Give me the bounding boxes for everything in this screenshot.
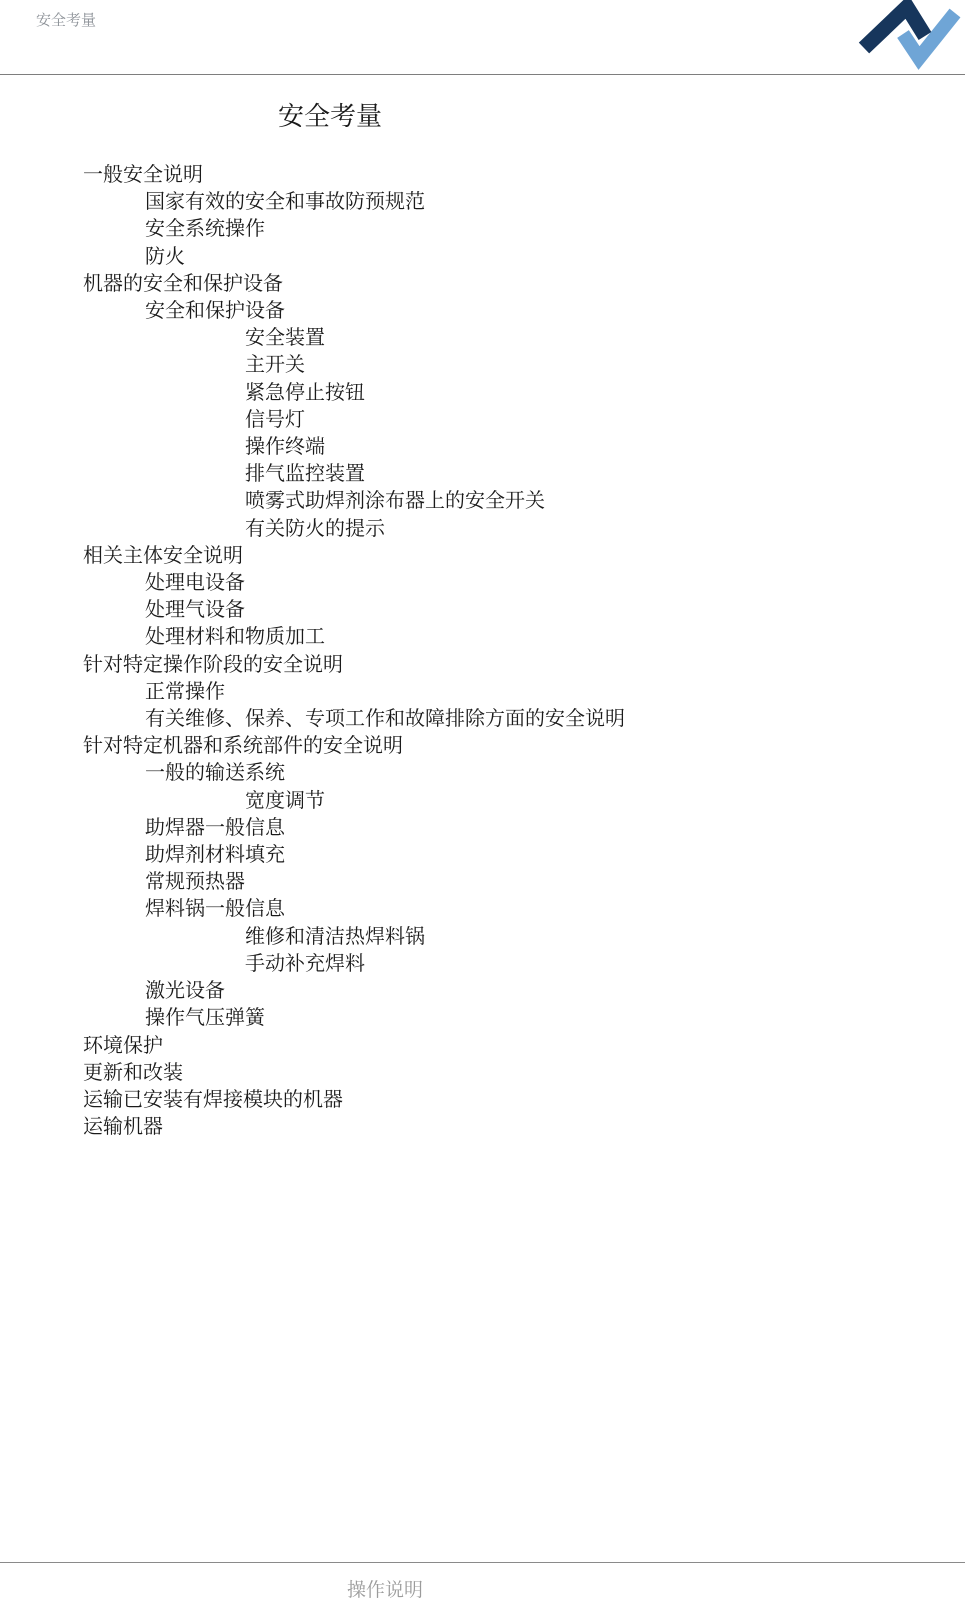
toc-item: 有关防火的提示	[0, 515, 965, 542]
toc-item: 有关维修、保养、专项工作和故障排除方面的安全说明	[0, 705, 965, 732]
company-logo	[833, 0, 965, 75]
toc-item: 防火	[0, 243, 965, 270]
toc-item: 安全装置	[0, 324, 965, 351]
toc-item: 常规预热器	[0, 868, 965, 895]
footer-title: 操作说明	[347, 1578, 423, 1602]
toc-item: 针对特定机器和系统部件的安全说明	[0, 732, 965, 759]
toc-item: 助焊器一般信息	[0, 814, 965, 841]
toc-item: 紧急停止按钮	[0, 379, 965, 406]
page-title: 安全考量	[278, 100, 382, 134]
toc-item: 一般安全说明	[0, 161, 965, 188]
toc-item: 宽度调节	[0, 787, 965, 814]
toc-item: 相关主体安全说明	[0, 542, 965, 569]
toc-item: 针对特定操作阶段的安全说明	[0, 651, 965, 678]
document-page: 安全考量 安全考量 一般安全说明国家有效的安全和事故防预规范安全系统操作防火机器…	[0, 0, 965, 1607]
toc-item: 安全系统操作	[0, 215, 965, 242]
toc-item: 处理气设备	[0, 596, 965, 623]
toc-item: 操作终端	[0, 433, 965, 460]
toc-item: 助焊剂材料填充	[0, 841, 965, 868]
toc-item: 信号灯	[0, 406, 965, 433]
toc-item: 一般的输送系统	[0, 759, 965, 786]
toc-item: 机器的安全和保护设备	[0, 270, 965, 297]
toc-item: 排气监控装置	[0, 460, 965, 487]
toc-item: 焊料锅一般信息	[0, 895, 965, 922]
toc-item: 处理电设备	[0, 569, 965, 596]
toc-item: 运输机器	[0, 1113, 965, 1140]
toc-list: 一般安全说明国家有效的安全和事故防预规范安全系统操作防火机器的安全和保护设备安全…	[0, 161, 965, 1140]
toc-item: 手动补充焊料	[0, 950, 965, 977]
toc-item: 主开关	[0, 351, 965, 378]
toc-item: 国家有效的安全和事故防预规范	[0, 188, 965, 215]
toc-item: 安全和保护设备	[0, 297, 965, 324]
toc-item: 更新和改装	[0, 1059, 965, 1086]
toc-item: 操作气压弹簧	[0, 1004, 965, 1031]
header-divider	[0, 74, 965, 75]
toc-item: 喷雾式助焊剂涂布器上的安全开关	[0, 487, 965, 514]
toc-item: 激光设备	[0, 977, 965, 1004]
toc-item: 运输已安装有焊接模块的机器	[0, 1086, 965, 1113]
footer-divider	[0, 1562, 965, 1563]
toc-item: 正常操作	[0, 678, 965, 705]
running-header-title: 安全考量	[36, 10, 96, 30]
toc-item: 处理材料和物质加工	[0, 623, 965, 650]
toc-item: 环境保护	[0, 1032, 965, 1059]
toc-item: 维修和清洁热焊料锅	[0, 923, 965, 950]
